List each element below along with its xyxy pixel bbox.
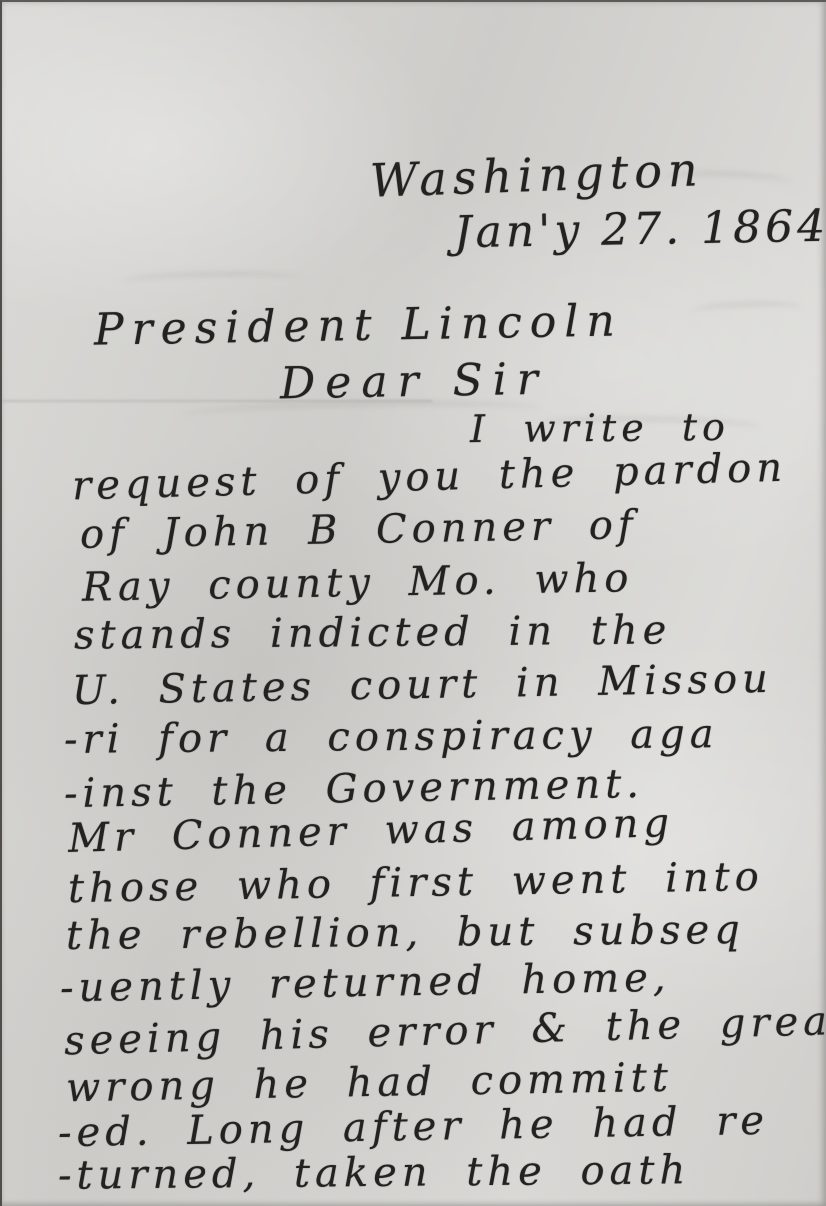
- letter-line: U. States court in Missou: [72, 656, 774, 714]
- ink-showthrough: [122, 270, 302, 289]
- letter-place: Washington: [369, 142, 704, 208]
- letter-line: of John B Conner of: [80, 502, 638, 558]
- letter-line: -ri for a conspiracy aga: [64, 711, 719, 763]
- letter-line: -turned, taken the oath: [58, 1147, 691, 1199]
- letter-line: request of you the pardon: [72, 445, 788, 510]
- letter-greeting: Dear Sir: [280, 354, 549, 410]
- letter-line: stands indicted in the: [74, 607, 672, 658]
- letter-line: Ray county Mo. who: [82, 555, 634, 611]
- scanned-letter-page: Washington Jan'y 27. 1864 President Linc…: [0, 0, 826, 1206]
- letter-line: -uently returned home,: [60, 955, 671, 1012]
- letter-line: I write to: [470, 405, 730, 451]
- ink-showthrough: [692, 300, 802, 320]
- letter-date: Jan'y 27. 1864: [454, 201, 826, 259]
- letter-line: those who first went into: [68, 854, 765, 912]
- letter-recipient: President Lincoln: [94, 295, 624, 355]
- letter-line: the rebellion, but subseq: [66, 907, 745, 959]
